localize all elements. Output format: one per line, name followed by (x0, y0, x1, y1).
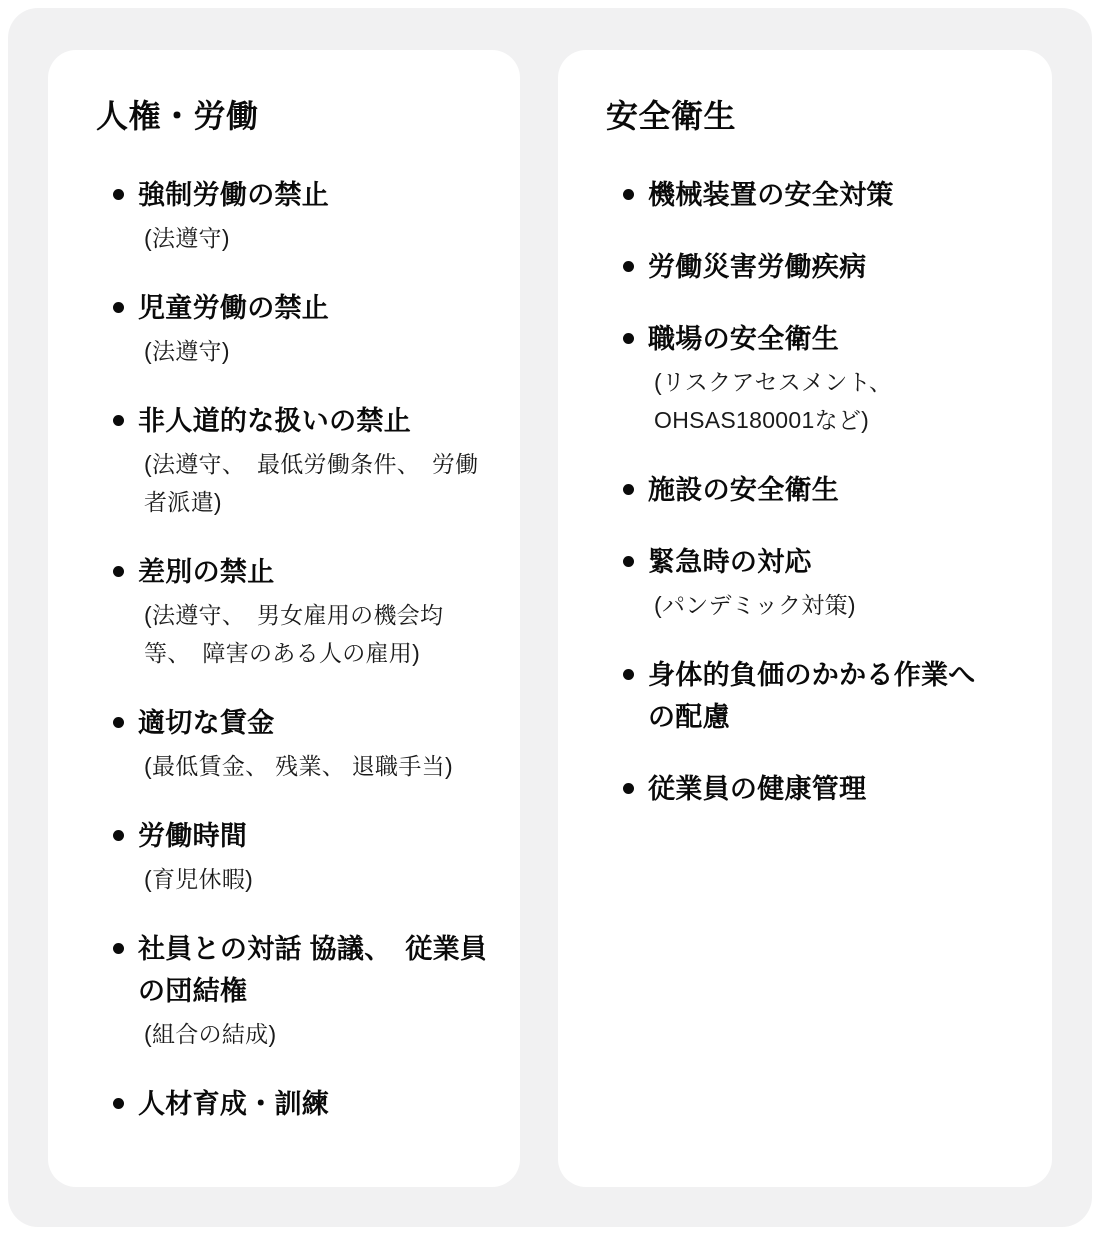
bullet-icon (113, 1098, 124, 1109)
item-note: (最低賃金、 残業、 退職手当) (144, 747, 496, 785)
bullet-icon (623, 556, 634, 567)
item-label: 緊急時の対応 (648, 541, 1028, 583)
card-safety-health: 安全衛生 機械装置の安全対策 労働災害労働疾病 職場の安全衛生 (リスクアセスメ… (558, 50, 1052, 1187)
list-item: 労働災害労働疾病 (606, 246, 1028, 288)
item-label: 職場の安全衛生 (648, 318, 1028, 360)
bullet-icon (623, 189, 634, 200)
item-note: (パンデミック対策) (654, 586, 1028, 624)
item-label: 適切な賃金 (138, 702, 496, 744)
item-note: (育児休暇) (144, 860, 496, 898)
list-item: 人材育成・訓練 (96, 1083, 496, 1125)
content-panel: 人権・労働 強制労働の禁止 (法遵守) 児童労働の禁止 (法遵守) 非人道的な扱… (8, 8, 1092, 1227)
item-label: 非人道的な扱いの禁止 (138, 400, 496, 442)
list-item: 機械装置の安全対策 (606, 174, 1028, 216)
item-label: 従業員の健康管理 (648, 768, 1028, 810)
item-note: (法遵守、 男女雇用の機会均 等、 障害のある人の雇用) (144, 596, 496, 672)
item-note: (法遵守) (144, 332, 496, 370)
item-label: 機械装置の安全対策 (648, 174, 1028, 216)
item-label: 身体的負価のかかる作業へ の配慮 (648, 654, 1028, 738)
bullet-icon (113, 717, 124, 728)
bullet-icon (623, 669, 634, 680)
list-item: 非人道的な扱いの禁止 (法遵守、 最低労働条件、 労働 者派遣) (96, 400, 496, 521)
bullet-icon (113, 830, 124, 841)
list-item: 労働時間 (育児休暇) (96, 815, 496, 898)
list-item: 児童労働の禁止 (法遵守) (96, 287, 496, 370)
item-label: 労働時間 (138, 815, 496, 857)
bullet-icon (113, 415, 124, 426)
bullet-icon (113, 302, 124, 313)
bullet-icon (113, 566, 124, 577)
item-label: 人材育成・訓練 (138, 1083, 496, 1125)
bullet-icon (623, 783, 634, 794)
card-title: 人権・労働 (96, 96, 496, 136)
card-human-rights-labor: 人権・労働 強制労働の禁止 (法遵守) 児童労働の禁止 (法遵守) 非人道的な扱… (48, 50, 520, 1187)
bullet-list: 強制労働の禁止 (法遵守) 児童労働の禁止 (法遵守) 非人道的な扱いの禁止 (… (96, 174, 496, 1125)
list-item: 身体的負価のかかる作業へ の配慮 (606, 654, 1028, 738)
bullet-icon (113, 189, 124, 200)
item-note: (組合の結成) (144, 1015, 496, 1053)
list-item: 緊急時の対応 (パンデミック対策) (606, 541, 1028, 624)
bullet-icon (623, 484, 634, 495)
item-label: 施設の安全衛生 (648, 469, 1028, 511)
item-label: 強制労働の禁止 (138, 174, 496, 216)
item-label: 労働災害労働疾病 (648, 246, 1028, 288)
list-item: 適切な賃金 (最低賃金、 残業、 退職手当) (96, 702, 496, 785)
list-item: 従業員の健康管理 (606, 768, 1028, 810)
item-note: (法遵守、 最低労働条件、 労働 者派遣) (144, 445, 496, 521)
item-label: 児童労働の禁止 (138, 287, 496, 329)
bullet-icon (623, 261, 634, 272)
list-item: 強制労働の禁止 (法遵守) (96, 174, 496, 257)
list-item: 職場の安全衛生 (リスクアセスメント、 OHSAS180001など) (606, 318, 1028, 439)
list-item: 施設の安全衛生 (606, 469, 1028, 511)
card-title: 安全衛生 (606, 96, 1028, 136)
list-item: 社員との対話 協議、 従業員 の団結権 (組合の結成) (96, 928, 496, 1053)
item-note: (法遵守) (144, 219, 496, 257)
item-note: (リスクアセスメント、 OHSAS180001など) (654, 363, 1028, 439)
bullet-icon (113, 943, 124, 954)
bullet-icon (623, 333, 634, 344)
item-label: 社員との対話 協議、 従業員 の団結権 (138, 928, 496, 1012)
bullet-list: 機械装置の安全対策 労働災害労働疾病 職場の安全衛生 (リスクアセスメント、 O… (606, 174, 1028, 810)
item-label: 差別の禁止 (138, 551, 496, 593)
list-item: 差別の禁止 (法遵守、 男女雇用の機会均 等、 障害のある人の雇用) (96, 551, 496, 672)
